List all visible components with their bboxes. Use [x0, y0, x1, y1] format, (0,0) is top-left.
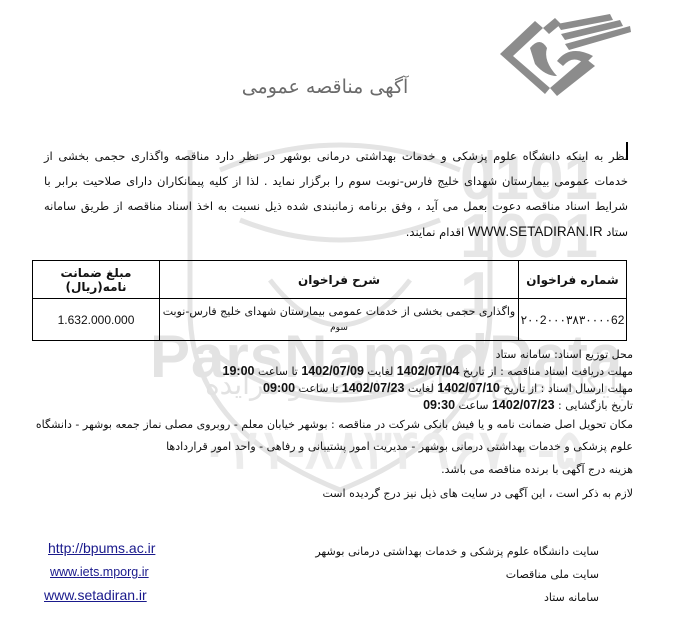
table-header-row: شماره فراخوان شرح فراخوان مبلغ ضمانت نام… [33, 261, 627, 299]
delivery-line2: علوم پزشکی و خدمات بهداشتی درمانی بوشهر … [33, 436, 633, 458]
description-line2: سوم [161, 320, 517, 336]
send-time: 09:00 [263, 381, 295, 395]
description-line1: واگذاری حجمی بخشی از خدمات عمومی بیمارست… [161, 304, 517, 320]
send-from: 1402/07/10 [437, 381, 500, 395]
distribution-row: محل توزیع اسناد: سامانه ستاد [33, 346, 633, 363]
send-until-label: لغایت [408, 382, 434, 395]
tender-description: واگذاری حجمی بخشی از خدمات عمومی بیمارست… [160, 299, 519, 341]
intro-paragraph: نظر به اینکه دانشگاه علوم پزشکی و خدمات … [44, 144, 628, 245]
delivery-line1: مکان تحویل اصل ضمانت نامه و یا فیش بانکی… [33, 414, 633, 436]
distribution-value: سامانه ستاد [496, 348, 551, 361]
opening-time: 09:30 [423, 398, 455, 412]
guarantee-amount: 1.632.000.000 [33, 299, 160, 341]
receive-deadline-row: مهلت دریافت اسناد مناقصه : از تاریخ 1402… [33, 363, 633, 380]
site-name-bpums: سایت دانشگاه علوم پزشکی و خدمات بهداشتی … [179, 540, 599, 563]
receive-time: 19:00 [223, 364, 255, 378]
university-logo-icon [495, 6, 635, 96]
header-number: شماره فراخوان [519, 261, 627, 299]
published-note: لازم به ذکر است ، این آگهی در سایت های ذ… [33, 482, 633, 506]
intro-text-end: اقدام نمایند. [406, 225, 464, 239]
receive-until-label: لغایت [367, 365, 393, 378]
receive-label: مهلت دریافت اسناد مناقصه : از تاریخ [463, 365, 633, 378]
opening-row: تاریخ بازگشایی : 1402/07/23 ساعت 09:30 [33, 397, 633, 414]
receive-from: 1402/07/04 [397, 364, 460, 378]
site-links: http://bpums.ac.ir www.iets.mporg.ir www… [44, 540, 155, 609]
send-deadline-row: مهلت ارسال اسناد : از تاریخ 1402/07/10 ل… [33, 380, 633, 397]
receive-until: 1402/07/09 [301, 364, 364, 378]
send-time-label: تا ساعت [299, 382, 339, 395]
link-iets[interactable]: www.iets.mporg.ir [50, 565, 155, 587]
send-until: 1402/07/23 [342, 381, 405, 395]
setadiran-site: WWW.SETADIRAN.IR [468, 224, 603, 239]
opening-time-label: ساعت [459, 399, 489, 412]
cost-note: هزینه درج آگهی با برنده مناقصه می باشد. [33, 458, 633, 482]
page-title: آگهی مناقصه عمومی [230, 76, 420, 98]
tender-number: ۲۰۰2۰۰۰۳۸۳۰۰۰۰62 [519, 299, 627, 341]
table-row: ۲۰۰2۰۰۰۳۸۳۰۰۰۰62 واگذاری حجمی بخشی از خد… [33, 299, 627, 341]
site-name-iets: سایت ملی مناقصات [179, 563, 599, 586]
site-name-setad: سامانه ستاد [179, 586, 599, 609]
opening-date: 1402/07/23 [492, 398, 555, 412]
publish-sites: سایت دانشگاه علوم پزشکی و خدمات بهداشتی … [179, 540, 599, 609]
link-bpums[interactable]: http://bpums.ac.ir [48, 540, 155, 565]
header-guarantee: مبلغ ضمانت نامه(ریال) [33, 261, 160, 299]
header-description: شرح فراخوان [160, 261, 519, 299]
distribution-label: محل توزیع اسناد: [554, 348, 633, 361]
receive-time-label: تا ساعت [258, 365, 298, 378]
tender-table: شماره فراخوان شرح فراخوان مبلغ ضمانت نام… [32, 260, 627, 341]
link-setadiran[interactable]: www.setadiran.ir [44, 587, 155, 609]
send-label: مهلت ارسال اسناد : از تاریخ [503, 382, 633, 395]
opening-label: تاریخ بازگشایی : [558, 399, 633, 412]
tender-details: محل توزیع اسناد: سامانه ستاد مهلت دریافت… [33, 346, 633, 506]
